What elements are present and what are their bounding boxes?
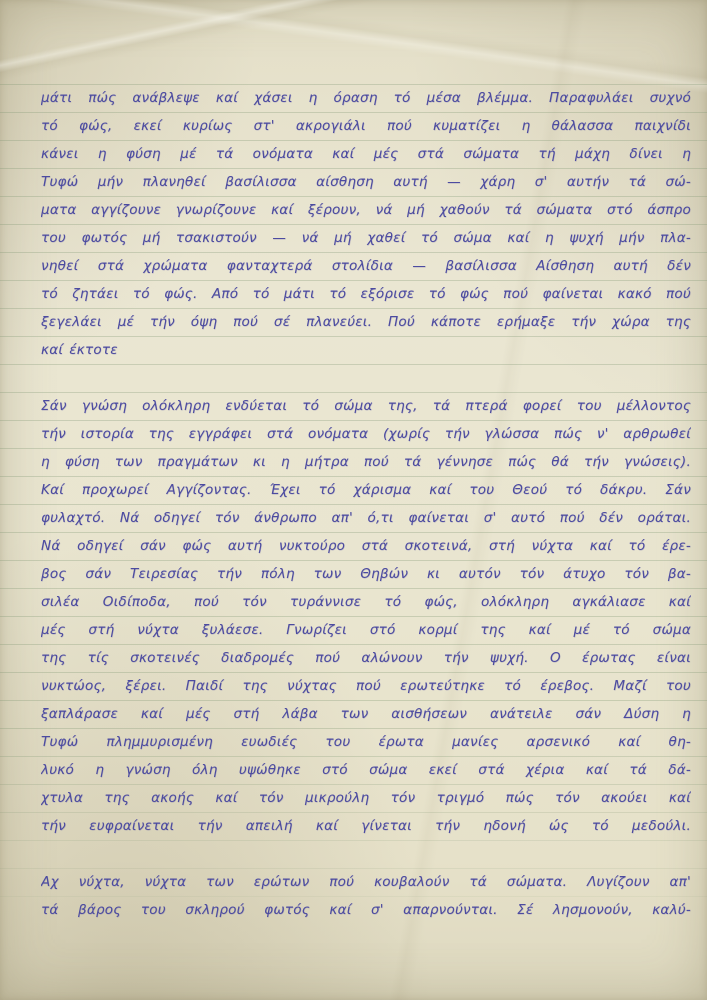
manuscript-line: του φωτός μή τσακιστούν — νά μή χαθεί τό…	[41, 224, 691, 252]
manuscript-line: καί έκτοτε	[41, 336, 691, 364]
manuscript-line: τήν ιστορία της εγγράφει στά ονόματα (χω…	[41, 420, 691, 448]
paragraph-2: Σάν γνώση ολόκληρη ενδύεται τό σώμα της,…	[41, 392, 691, 840]
manuscript-line: Αχ νύχτα, νύχτα των ερώτων πού κουβαλούν…	[41, 868, 691, 896]
manuscript-line: νηθεί στά χρώματα φανταχτερά στολίδια — …	[41, 252, 691, 280]
manuscript-line: νυκτώος, ξέρει. Παιδί της νύχτας πού ερω…	[41, 672, 691, 700]
paragraph-spacer	[41, 364, 691, 392]
manuscript-line: σιλέα Οιδίποδα, πού τόν τυράννισε τό φώς…	[41, 588, 691, 616]
manuscript-line: Τυφώ πλημμυρισμένη ευωδιές του έρωτα μαν…	[41, 728, 691, 756]
manuscript-line: η φύση των πραγμάτων κι η μήτρα πού τά γ…	[41, 448, 691, 476]
manuscript-line: τό ζητάει τό φώς. Από τό μάτι τό εξόρισε…	[41, 280, 691, 308]
paragraph-spacer	[41, 840, 691, 868]
manuscript-line: Καί προχωρεί Αγγίζοντας. Έχει τό χάρισμα…	[41, 476, 691, 504]
manuscript-line: λυκό η γνώση όλη υψώθηκε στό σώμα εκεί σ…	[41, 756, 691, 784]
manuscript-line: χτυλα της ακοής καί τόν μικρούλη τόν τρι…	[41, 784, 691, 812]
manuscript-line: Σάν γνώση ολόκληρη ενδύεται τό σώμα της,…	[41, 392, 691, 420]
handwritten-text: μάτι πώς ανάβλεψε καί χάσει η όραση τό μ…	[41, 84, 691, 924]
manuscript-line: ξεγελάει μέ τήν όψη πού σέ πλανεύει. Πού…	[41, 308, 691, 336]
manuscript-line: Νά οδηγεί σάν φώς αυτή νυκτούρο στά σκοτ…	[41, 532, 691, 560]
manuscript-line: μές στή νύχτα ξυλάεσε. Γνωρίζει στό κορμ…	[41, 616, 691, 644]
manuscript-line: τήν ευφραίνεται τήν απειλή καί γίνεται τ…	[41, 812, 691, 840]
manuscript-line: βος σάν Τειρεσίας τήν πόλη των Θηβών κι …	[41, 560, 691, 588]
manuscript-page: μάτι πώς ανάβλεψε καί χάσει η όραση τό μ…	[0, 0, 707, 1000]
paragraph-3: Αχ νύχτα, νύχτα των ερώτων πού κουβαλούν…	[41, 868, 691, 924]
paragraph-1: μάτι πώς ανάβλεψε καί χάσει η όραση τό μ…	[41, 84, 691, 364]
manuscript-line: μάτι πώς ανάβλεψε καί χάσει η όραση τό μ…	[41, 84, 691, 112]
manuscript-line: ξαπλάρασε καί μές στή λάβα των αισθήσεων…	[41, 700, 691, 728]
manuscript-line: Τυφώ μήν πλανηθεί βασίλισσα αίσθηση αυτή…	[41, 168, 691, 196]
manuscript-line: ματα αγγίζουνε γνωρίζουνε καί ξέρουν, νά…	[41, 196, 691, 224]
manuscript-line: τά βάρος του σκληρού φωτός καί σ' απαρνο…	[41, 896, 691, 924]
manuscript-line: φυλαχτό. Νά οδηγεί τόν άνθρωπο απ' ό,τι …	[41, 504, 691, 532]
manuscript-line: κάνει η φύση μέ τά ονόματα καί μές στά σ…	[41, 140, 691, 168]
manuscript-line: της τίς σκοτεινές διαδρομές πού αλώνουν …	[41, 644, 691, 672]
manuscript-line: τό φώς, εκεί κυρίως στ' ακρογιάλι πού κυ…	[41, 112, 691, 140]
